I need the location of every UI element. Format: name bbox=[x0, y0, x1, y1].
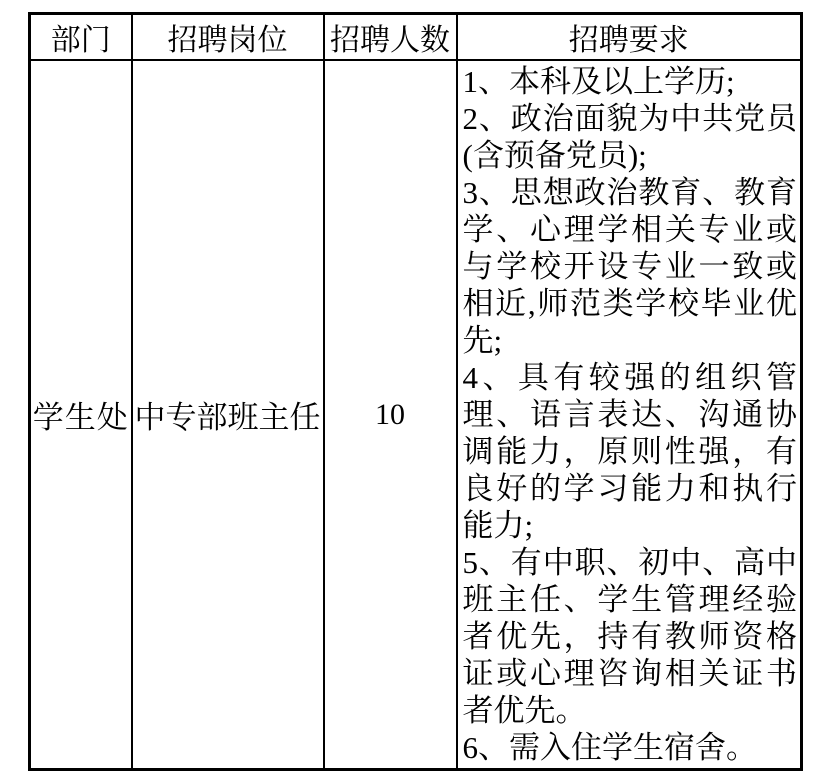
column-header-position: 招聘岗位 bbox=[132, 14, 324, 61]
requirement-item: 5、有中职、初中、高中班主任、学生管理经验者优先，持有教师资格证或心理咨询相关证… bbox=[463, 544, 798, 729]
table-header-row: 部门 招聘岗位 招聘人数 招聘要求 bbox=[30, 14, 802, 61]
column-header-requirements: 招聘要求 bbox=[457, 14, 802, 61]
requirement-item: 2、政治面貌为中共党员(含预备党员); bbox=[463, 100, 798, 174]
column-header-headcount: 招聘人数 bbox=[324, 14, 457, 61]
cell-headcount: 10 bbox=[324, 60, 457, 770]
cell-position: 中专部班主任 bbox=[132, 60, 324, 770]
cell-department: 学生处 bbox=[30, 60, 132, 770]
requirement-item: 3、思想政治教育、教育学、心理学相关专业或与学校开设专业一致或相近,师范类学校毕… bbox=[463, 174, 798, 359]
requirement-item: 4、具有较强的组织管理、语言表达、沟通协调能力，原则性强，有良好的学习能力和执行… bbox=[463, 359, 798, 544]
recruitment-table: 部门 招聘岗位 招聘人数 招聘要求 学生处 中专部班主任 10 1、本科及以上学… bbox=[28, 12, 803, 771]
requirement-item: 6、需入住学生宿舍。 bbox=[463, 729, 798, 766]
table-row: 学生处 中专部班主任 10 1、本科及以上学历;2、政治面貌为中共党员(含预备党… bbox=[30, 60, 802, 770]
column-header-department: 部门 bbox=[30, 14, 132, 61]
requirement-item: 1、本科及以上学历; bbox=[463, 63, 798, 100]
cell-requirements: 1、本科及以上学历;2、政治面貌为中共党员(含预备党员);3、思想政治教育、教育… bbox=[457, 60, 802, 770]
page: 部门 招聘岗位 招聘人数 招聘要求 学生处 中专部班主任 10 1、本科及以上学… bbox=[0, 0, 816, 773]
